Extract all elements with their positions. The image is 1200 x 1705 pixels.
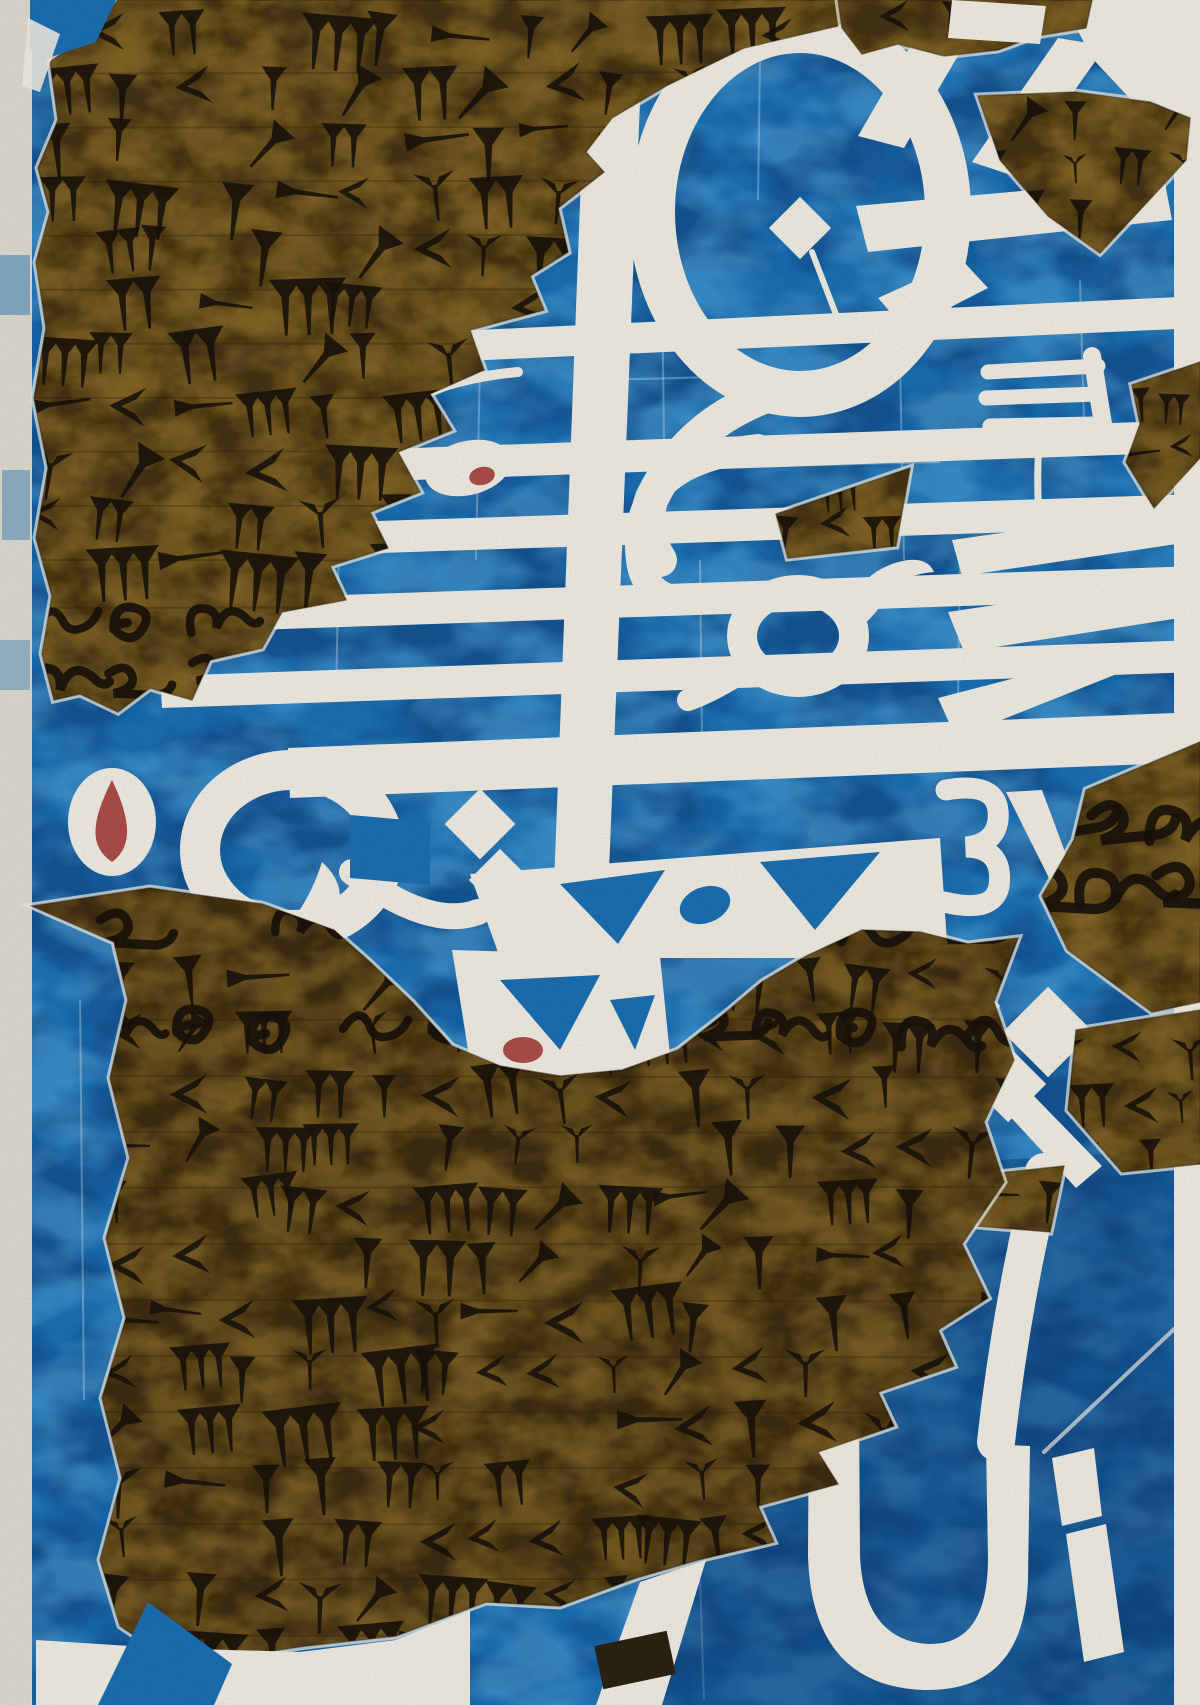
artwork-canvas: Abstract mixed-media painting: torn ochr…	[0, 0, 1200, 1705]
painting	[0, 0, 1200, 1705]
grain-overlay	[0, 0, 1200, 1705]
